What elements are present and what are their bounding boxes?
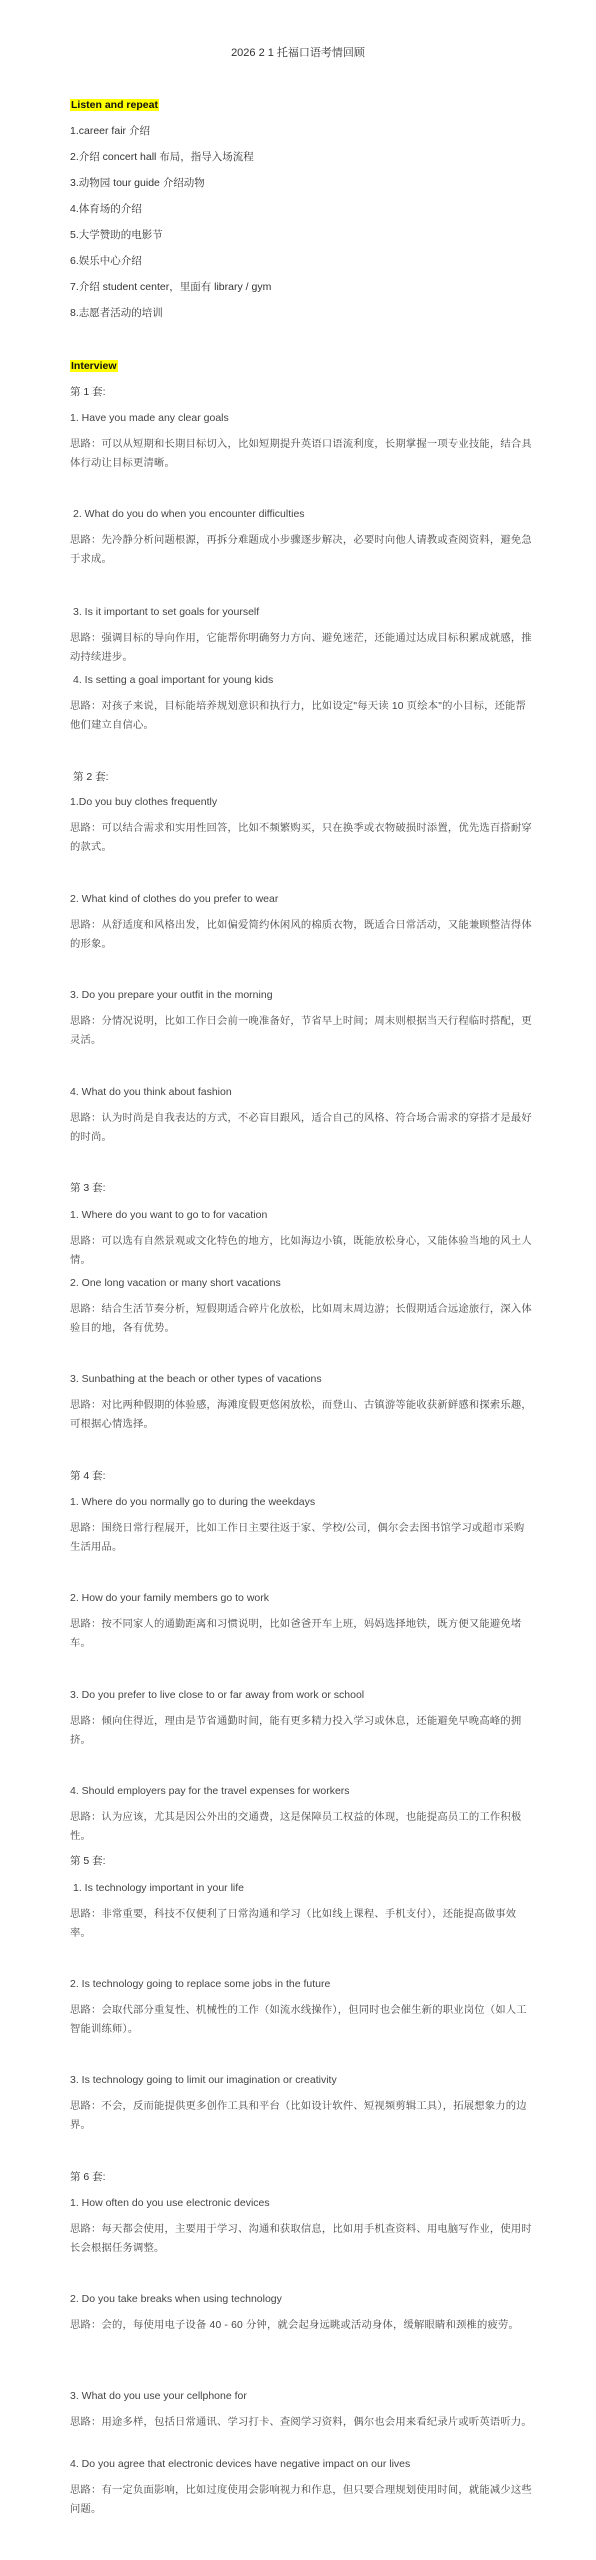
listen-item: 1.career fair 介绍 <box>70 122 532 141</box>
answer: 思路：可以从短期和长期目标切入，比如短期提升英语口语流利度，长期掌握一项专业技能… <box>70 436 532 473</box>
answer: 思路：先冷静分析问题根源，再拆分难题成小步骤逐步解决，必要时向他人请教或查阅资料… <box>70 532 532 569</box>
interview-heading: Interview <box>70 357 532 376</box>
question: 4. Should employers pay for the travel e… <box>70 1782 532 1801</box>
set-label: 第 3 套: <box>70 1179 532 1198</box>
question: 2. Is technology going to replace some j… <box>70 1975 532 1994</box>
set-label: 第 1 套: <box>70 383 532 402</box>
document-title: 2026 2 1 托福口语考情回顾 <box>0 44 596 60</box>
answer: 思路：按不同家人的通勤距离和习惯说明，比如爸爸开车上班，妈妈选择地铁，既方便又能… <box>70 1616 532 1653</box>
question: 1.Do you buy clothes frequently <box>70 793 532 812</box>
listen-heading: Listen and repeat <box>70 96 532 115</box>
listen-item: 2.介绍 concert hall 布局，指导入场流程 <box>70 148 532 167</box>
answer: 思路：会取代部分重复性、机械性的工作（如流水线操作），但同时也会催生新的职业岗位… <box>70 2002 532 2039</box>
question: 1. How often do you use electronic devic… <box>70 2194 532 2213</box>
answer: 思路：对比两种假期的体验感，海滩度假更悠闲放松，而登山、古镇游等能收获新鲜感和探… <box>70 1397 532 1434</box>
question: 3. Sunbathing at the beach or other type… <box>70 1370 532 1389</box>
question: 2. What do you do when you encounter dif… <box>73 505 535 524</box>
answer: 思路：不会，反而能提供更多创作工具和平台（比如设计软件、短视频剪辑工具），拓展想… <box>70 2098 532 2135</box>
answer: 思路：有一定负面影响，比如过度使用会影响视力和作息，但只要合理规划使用时间，就能… <box>70 2482 532 2519</box>
question: 1. Where do you normally go to during th… <box>70 1493 532 1512</box>
listen-item: 5.大学赞助的电影节 <box>70 226 532 245</box>
question: 1. Where do you want to go to for vacati… <box>70 1206 532 1225</box>
question: 3. Do you prefer to live close to or far… <box>70 1686 532 1705</box>
question: 3. Is it important to set goals for your… <box>73 603 535 622</box>
question: 2. One long vacation or many short vacat… <box>70 1274 532 1293</box>
question: 2. How do your family members go to work <box>70 1589 532 1608</box>
answer: 思路：围绕日常行程展开，比如工作日主要往返于家、学校/公司，偶尔会去图书馆学习或… <box>70 1520 532 1557</box>
answer: 思路：强调目标的导向作用，它能帮你明确努力方向、避免迷茫，还能通过达成目标积累成… <box>70 630 532 667</box>
answer: 思路：认为时尚是自我表达的方式，不必盲目跟风，适合自己的风格、符合场合需求的穿搭… <box>70 1110 532 1147</box>
answer: 思路：非常重要，科技不仅便利了日常沟通和学习（比如线上课程、手机支付），还能提高… <box>70 1906 532 1943</box>
set-label: 第 2 套: <box>73 768 535 787</box>
answer: 思路：每天都会使用，主要用于学习、沟通和获取信息，比如用手机查资料、用电脑写作业… <box>70 2221 532 2258</box>
question: 1. Is technology important in your life <box>73 1879 535 1898</box>
question: 2. Do you take breaks when using technol… <box>70 2290 532 2309</box>
answer: 思路：对孩子来说，目标能培养规划意识和执行力，比如设定"每天读 10 页绘本"的… <box>70 698 532 735</box>
document-page: 2026 2 1 托福口语考情回顾 Listen and repeat 1.ca… <box>0 0 596 2560</box>
listen-item: 8.志愿者活动的培训 <box>70 304 532 323</box>
answer: 思路：从舒适度和风格出发，比如偏爱简约休闲风的棉质衣物，既适合日常活动，又能兼顾… <box>70 917 532 954</box>
listen-item: 3.动物园 tour guide 介绍动物 <box>70 174 532 193</box>
question: 3. Do you prepare your outfit in the mor… <box>70 986 532 1005</box>
answer: 思路：可以选有自然景观或文化特色的地方，比如海边小镇，既能放松身心，又能体验当地… <box>70 1233 532 1270</box>
question: 3. What do you use your cellphone for <box>70 2387 532 2406</box>
listen-item: 7.介绍 student center，里面有 library / gym <box>70 278 532 297</box>
answer: 思路：结合生活节奏分析，短假期适合碎片化放松，比如周末周边游；长假期适合远途旅行… <box>70 1301 532 1338</box>
question: 4. Do you agree that electronic devices … <box>70 2455 532 2474</box>
answer: 思路：可以结合需求和实用性回答，比如不频繁购买，只在换季或衣物破损时添置，优先选… <box>70 820 532 857</box>
answer: 思路：会的，每使用电子设备 40 - 60 分钟，就会起身远眺或活动身体，缓解眼… <box>70 2317 532 2336</box>
question: 4. Is setting a goal important for young… <box>73 671 535 690</box>
listen-item: 4.体育场的介绍 <box>70 200 532 219</box>
answer: 思路：分情况说明，比如工作日会前一晚准备好，节省早上时间；周末则根据当天行程临时… <box>70 1013 532 1050</box>
set-label: 第 5 套: <box>70 1852 532 1871</box>
answer: 思路：倾向住得近，理由是节省通勤时间，能有更多精力投入学习或休息，还能避免早晚高… <box>70 1713 532 1750</box>
answer: 思路：认为应该，尤其是因公外出的交通费，这是保障员工权益的体现，也能提高员工的工… <box>70 1809 532 1846</box>
listen-item: 6.娱乐中心介绍 <box>70 252 532 271</box>
question: 3. Is technology going to limit our imag… <box>70 2071 532 2090</box>
question: 2. What kind of clothes do you prefer to… <box>70 890 532 909</box>
question: 4. What do you think about fashion <box>70 1083 532 1102</box>
answer: 思路：用途多样，包括日常通讯、学习打卡、查阅学习资料，偶尔也会用来看纪录片或听英… <box>70 2414 532 2433</box>
set-label: 第 4 套: <box>70 1467 532 1486</box>
question: 1. Have you made any clear goals <box>70 409 532 428</box>
set-label: 第 6 套: <box>70 2168 532 2187</box>
